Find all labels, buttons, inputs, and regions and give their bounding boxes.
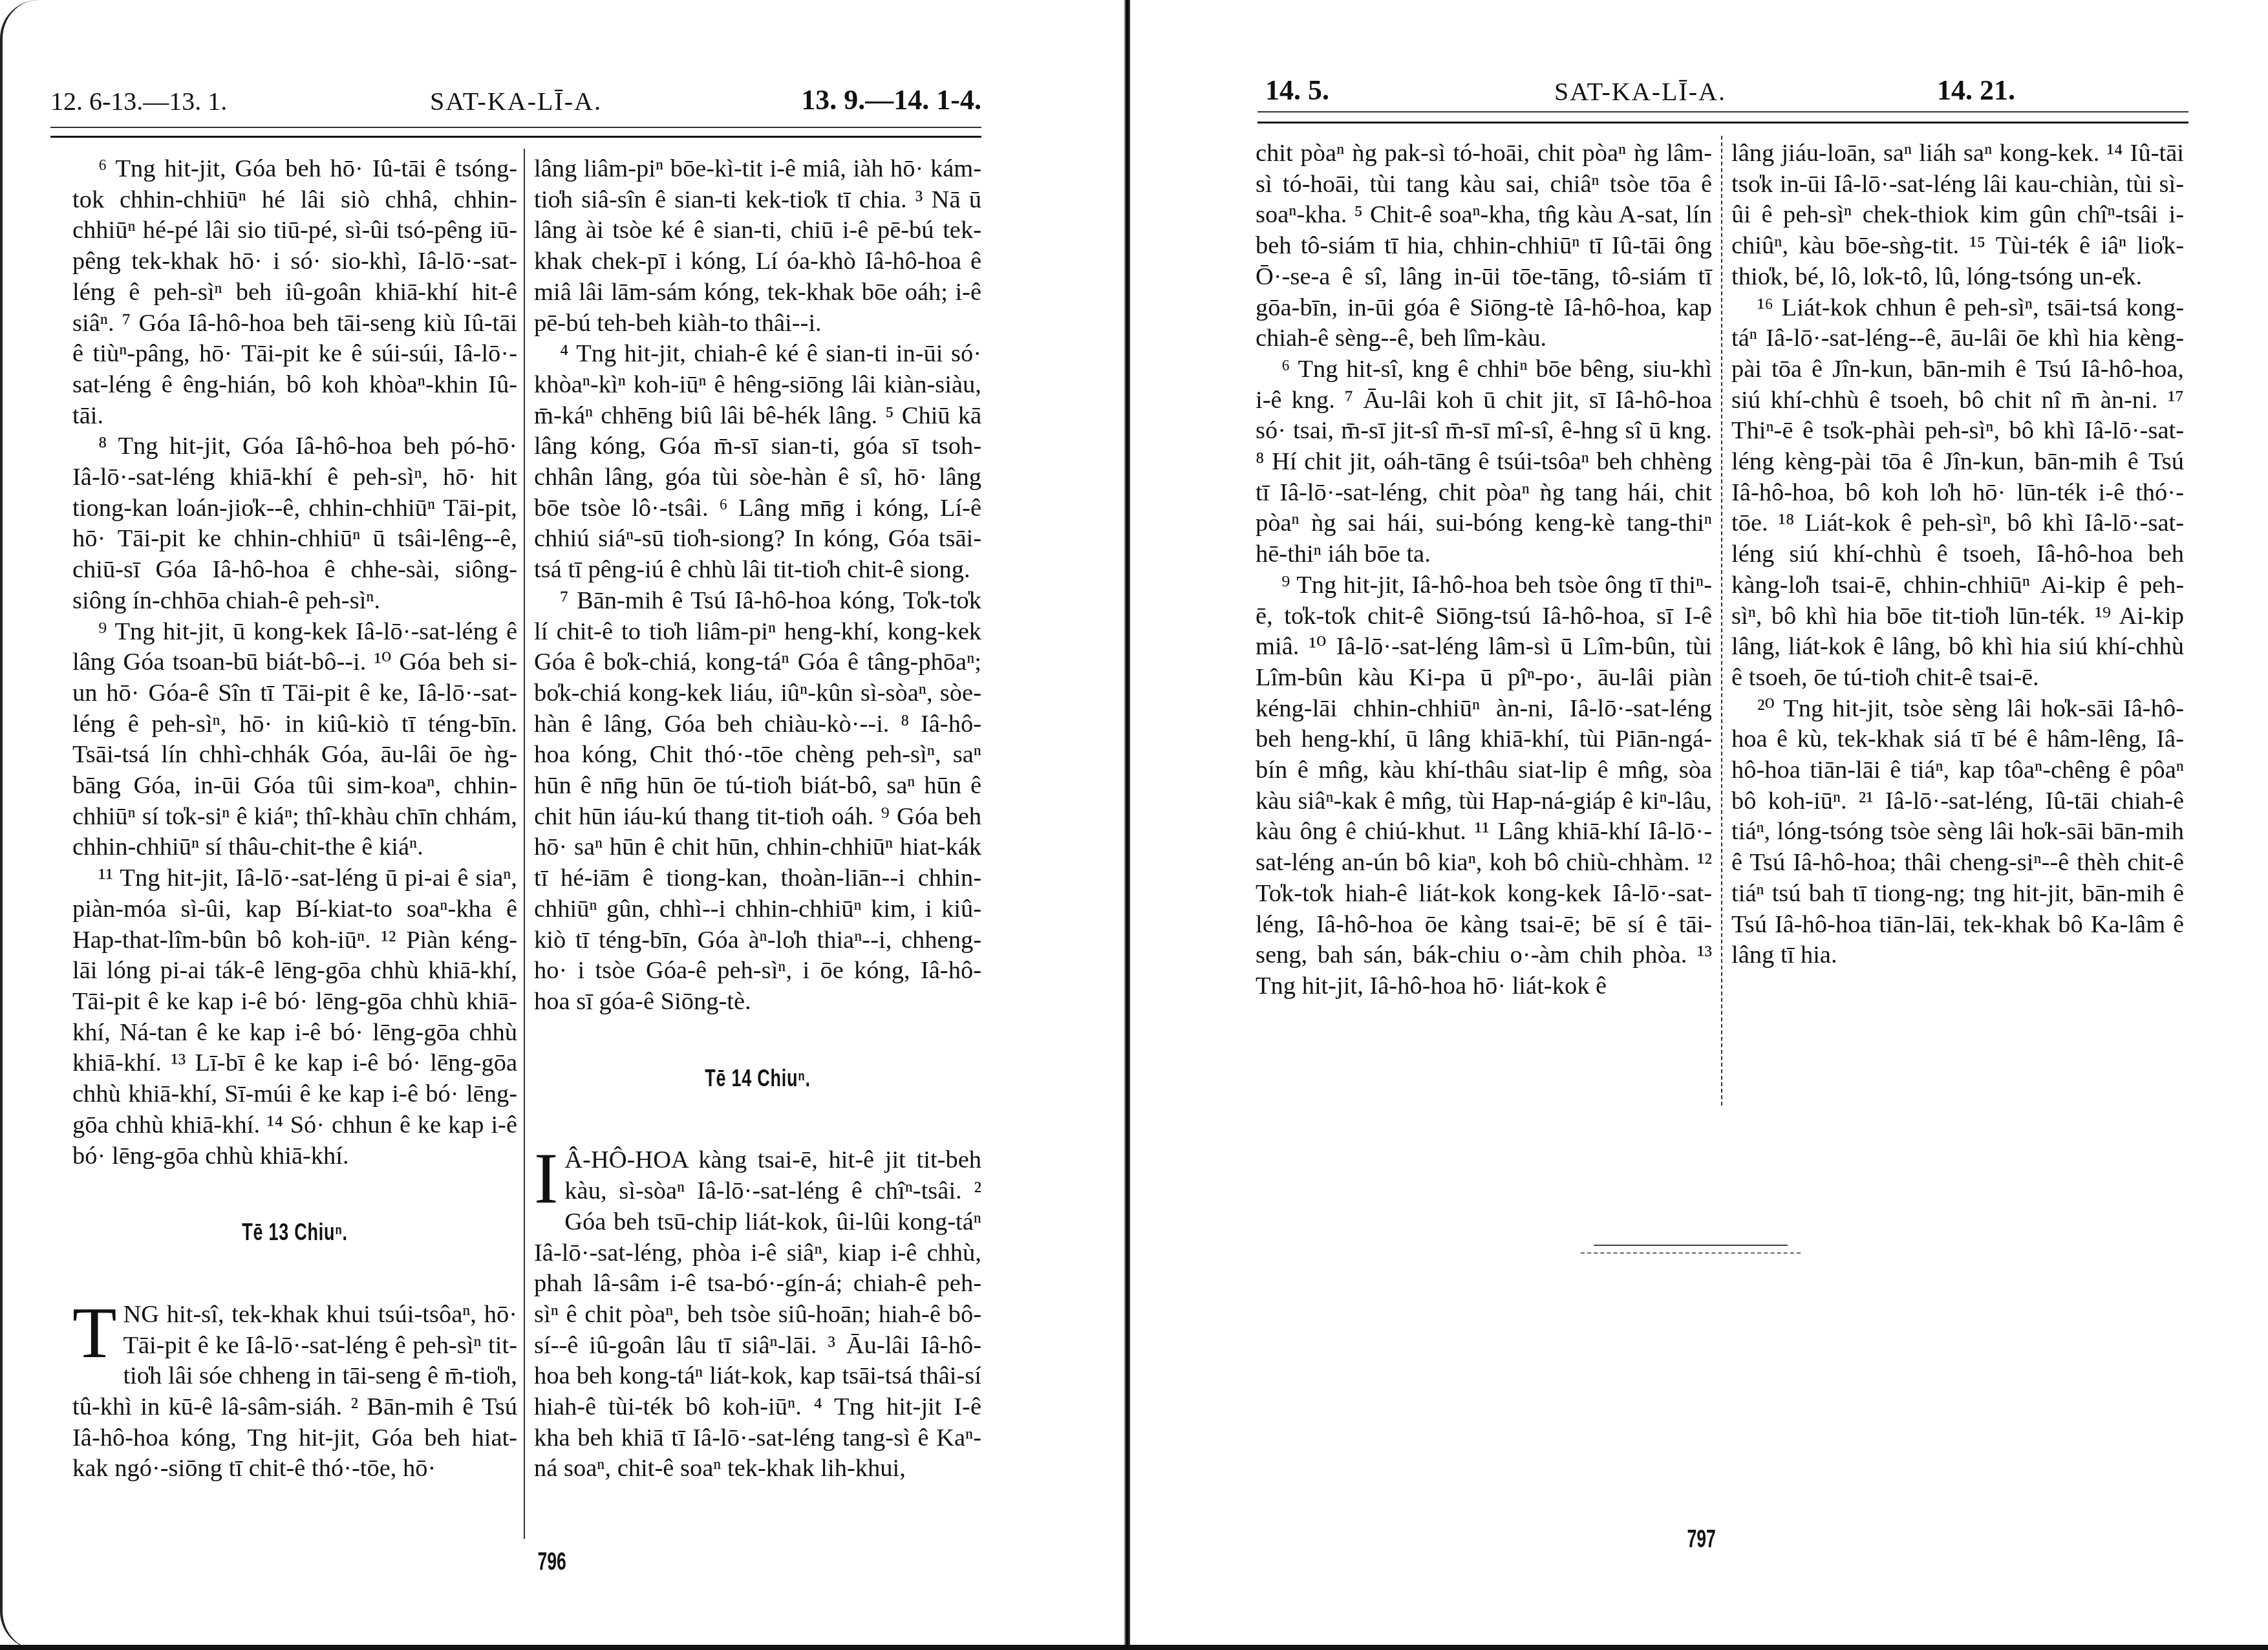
book-bottom-edge (0, 1645, 2268, 1650)
right-page-column-1: chit pòaⁿ ǹg pak-sì tó-hoāi, chit pòaⁿ ǹ… (1256, 138, 1712, 1002)
right-page: 14. 5. SAT-KA-LĪ-A. 14. 21. chit pòaⁿ ǹg… (1128, 0, 2268, 1650)
right-page-column-2: lâng jiáu-loān, saⁿ liáh saⁿ kong-kek. ¹… (1731, 138, 2184, 971)
chapter-verse-range-start: 14. 5. (1265, 74, 1329, 107)
book-title: SAT-KA-LĪ-A. (1554, 76, 1726, 107)
chapter-opening-paragraph: TNG hit-sî, tek-khak khui tsúi-tsôaⁿ, hō… (72, 1300, 517, 1484)
page-number: 797 (1687, 1526, 1716, 1554)
verse-paragraph: ⁹ Tng hit-jit, ū kong-kek Iâ-lō·-sat-lén… (72, 617, 517, 864)
verse-paragraph: lâng jiáu-loān, saⁿ liáh saⁿ kong-kek. ¹… (1731, 138, 2184, 293)
running-head-right-page: 14. 5. SAT-KA-LĪ-A. 14. 21. (1265, 68, 2015, 107)
verse-paragraph: ⁹ Tng hit-jit, Iâ-hô-hoa beh tsòe ông tī… (1256, 570, 1712, 1002)
left-page: 12. 6-13.—13. 1. SAT-KA-LĪ-A. 13. 9.—14.… (0, 0, 1128, 1650)
verse-paragraph: ²⁰ Tng hit-jit, tsòe sèng lâi ho̍k-sāi I… (1731, 694, 2184, 971)
column-divider (524, 149, 525, 1539)
header-rule-thin (50, 127, 981, 128)
running-head-left-page: 12. 6-13.—13. 1. SAT-KA-LĪ-A. 13. 9.—14.… (50, 78, 981, 116)
header-rule-thin (1257, 111, 2188, 112)
verse-paragraph: ⁶ Tng hit-sî, kng ê chhiⁿ bōe bêng, siu-… (1256, 354, 1712, 570)
book-outer-edge (0, 0, 39, 1650)
column-divider (1721, 136, 1722, 1106)
left-page-column-2: lâng liâm-piⁿ bōe-kì-tit i-ê miâ, iàh hō… (534, 154, 981, 1484)
verse-paragraph: ⁸ Tng hit-jit, Góa Iâ-hô-hoa beh pó-hō· … (72, 431, 517, 616)
chapter-opening-paragraph: IÂ-HÔ-HOA kàng tsai-ē, hit-ê jit tit-beh… (534, 1145, 981, 1484)
verse-paragraph: chit pòaⁿ ǹg pak-sì tó-hoāi, chit pòaⁿ ǹ… (1256, 138, 1712, 354)
verse-paragraph: ⁴ Tng hit-jit, chiah-ê ké ê sian-ti in-ū… (534, 339, 981, 586)
header-rule-thick (50, 136, 981, 138)
verse-paragraph: ¹¹ Tng hit-jit, Iâ-lō·-sat-léng ū pi-ai … (72, 863, 517, 1172)
chapter-opening-text: NG hit-sî, tek-khak khui tsúi-tsôaⁿ, hō·… (72, 1301, 517, 1483)
chapter-verse-range-start: 12. 6-13.—13. 1. (50, 86, 227, 116)
header-rule-thick (1257, 122, 2188, 123)
book-title: SAT-KA-LĪ-A. (430, 86, 602, 116)
verse-paragraph: ⁶ Tng hit-jit, Góa beh hō· Iû-tāi ê tsón… (72, 154, 517, 431)
left-page-column-1: ⁶ Tng hit-jit, Góa beh hō· Iû-tāi ê tsón… (72, 154, 517, 1484)
chapter-heading-14: Tē 14 Chiuⁿ. (590, 1063, 926, 1094)
end-of-book-rule (1594, 1245, 1788, 1246)
chapter-heading-13: Tē 13 Chiuⁿ. (128, 1217, 462, 1248)
chapter-verse-range-end: 14. 21. (1937, 74, 2015, 107)
chapter-verse-range-end: 13. 9.—14. 1-4. (801, 83, 981, 116)
verse-paragraph: ⁷ Bān-mih ê Tsú Iâ-hô-hoa kóng, To̍k-to̍… (534, 586, 981, 1018)
drop-cap: I (534, 1149, 558, 1208)
verse-paragraph: lâng liâm-piⁿ bōe-kì-tit i-ê miâ, iàh hō… (534, 154, 981, 339)
verse-paragraph: ¹⁶ Liát-kok chhun ê peh-sìⁿ, tsāi-tsá ko… (1731, 293, 2184, 694)
end-of-book-rule-lower (1581, 1252, 1801, 1254)
drop-cap: T (72, 1303, 116, 1363)
page-number: 796 (538, 1548, 566, 1576)
chapter-opening-text: Â-HÔ-HOA kàng tsai-ē, hit-ê jit tit-beh … (534, 1146, 981, 1482)
